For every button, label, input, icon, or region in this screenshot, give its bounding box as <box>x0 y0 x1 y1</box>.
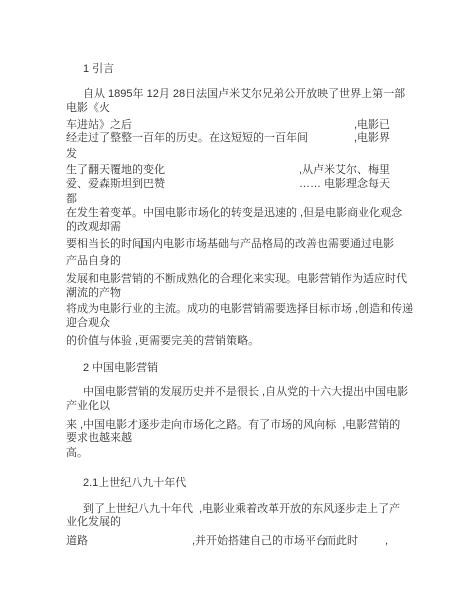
text-segment: ,从卢米艾尔、梅里 <box>299 164 390 177</box>
text-segment: 发 <box>66 148 77 161</box>
text-segment: 来 ,中国电影才逐步走向市场化之路。有了市场的风向标 ,电影营销的 <box>66 419 400 432</box>
text-segment: ,而此时 <box>322 535 358 548</box>
text-line: 高。 <box>0 447 463 461</box>
text-segment: 要相当长的时间 <box>66 238 143 251</box>
text-line: 的价值与体验 ,更需要完美的营销策略。 <box>0 335 463 349</box>
text-line: 在发生着变革。中国电影市场化的转变是迅速的 ,但是电影商业化观念 <box>0 207 463 221</box>
text-line: 都 <box>0 193 463 207</box>
text-line: 道路,并开始搭建自己的市场平台,而此时, <box>0 535 463 549</box>
text-line: 1 引言 <box>0 63 463 77</box>
text-segment: 产品自身的 <box>66 255 121 268</box>
text-segment: 的价值与体验 ,更需要完美的营销策略。 <box>66 335 259 348</box>
text-segment: 在发生着变革。中国电影市场化的转变是迅速的 ,但是电影商业化观念 <box>66 207 402 220</box>
text-segment: 自从 1895年 12月 28日法国卢米艾尔兄弟公开放映了世界上第一部 <box>83 88 405 101</box>
text-segment: 迎合观众 <box>66 317 110 330</box>
text-segment: 发展和电影营销的不断成熟化的合理化来实现。电影营销作为适应时代 <box>66 273 407 286</box>
text-line: 发 <box>0 148 463 162</box>
document-page: 1 引言自从 1895年 12月 28日法国卢米艾尔兄弟公开放映了世界上第一部电… <box>0 0 463 600</box>
text-line: 产业化以 <box>0 400 463 414</box>
text-line: 中国电影营销的发展历史并不是很长 ,自从党的十六大提出中国电影 <box>0 386 463 400</box>
text-line: 经走过了整整一百年的历史。在这短短的一百年间,电影界 <box>0 132 463 146</box>
text-segment: 车进站》之后 <box>66 119 132 132</box>
text-segment: 道路 <box>66 535 88 548</box>
text-line: 来 ,中国电影才逐步走向市场化之路。有了市场的风向标 ,电影营销的 <box>0 419 463 433</box>
text-line: 的改观却需 <box>0 221 463 235</box>
text-segment: …… 电影理念每天 <box>299 178 390 191</box>
text-line: 2 中国电影营销 <box>0 362 463 376</box>
text-segment: 爱、爱森斯坦到巴赞 <box>66 178 165 191</box>
text-line: 发展和电影营销的不断成熟化的合理化来实现。电影营销作为适应时代 <box>0 273 463 287</box>
text-segment: 都 <box>66 193 77 206</box>
text-segment: 到了上世纪八九十年代 ,电影业乘着改革开放的东风逐步走上了产 <box>83 503 400 516</box>
text-line: 2.1上世纪八九十年代 <box>0 477 463 491</box>
text-segment: , <box>385 535 388 548</box>
text-line: 要求也越来越 <box>0 432 463 446</box>
text-line: 迎合观众 <box>0 317 463 331</box>
text-segment: 将成为电影行业的主流。成功的电影营销需要选择目标市场 ,创造和传递 <box>66 303 413 316</box>
text-line: 产品自身的 <box>0 255 463 269</box>
text-segment: 产业化以 <box>66 400 110 413</box>
section-heading-1: 1 引言 <box>83 63 114 76</box>
text-segment: ,电影已 <box>354 119 390 132</box>
text-line: 到了上世纪八九十年代 ,电影业乘着改革开放的东风逐步走上了产 <box>0 503 463 517</box>
text-segment: 生了翻天覆地的变化 <box>66 164 165 177</box>
text-line: 潮流的产物 <box>0 287 463 301</box>
text-line: 电影《火 <box>0 102 463 116</box>
text-line: 生了翻天覆地的变化,从卢米艾尔、梅里 <box>0 164 463 178</box>
section-heading-2: 2 中国电影营销 <box>83 362 158 375</box>
text-segment: 业化发展的 <box>66 516 121 529</box>
text-segment: 经走过了整整一百年的历史。在这短短的一百年间 <box>66 132 308 145</box>
text-line: 业化发展的 <box>0 516 463 530</box>
text-line: 车进站》之后,电影已 <box>0 119 463 133</box>
text-segment: 要求也越来越 <box>66 432 132 445</box>
text-segment: 的改观却需 <box>66 221 121 234</box>
text-segment: ,国内电影市场基础与产品格局的改善也需要通过电影 <box>138 238 394 251</box>
text-segment: ,并开始搭建自己的市场平台 <box>192 535 327 548</box>
text-line: 爱、爱森斯坦到巴赞…… 电影理念每天 <box>0 178 463 192</box>
text-segment: 中国电影营销的发展历史并不是很长 ,自从党的十六大提出中国电影 <box>83 386 408 399</box>
text-segment: 电影《火 <box>66 102 110 115</box>
text-line: 自从 1895年 12月 28日法国卢米艾尔兄弟公开放映了世界上第一部 <box>0 88 463 102</box>
text-segment: ,电影界 <box>354 132 390 145</box>
text-segment: 潮流的产物 <box>66 287 121 300</box>
text-segment: 高。 <box>66 447 88 460</box>
text-line: 将成为电影行业的主流。成功的电影营销需要选择目标市场 ,创造和传递 <box>0 303 463 317</box>
section-heading-2-1: 2.1上世纪八九十年代 <box>83 477 186 490</box>
text-line: 要相当长的时间,国内电影市场基础与产品格局的改善也需要通过电影 <box>0 238 463 252</box>
